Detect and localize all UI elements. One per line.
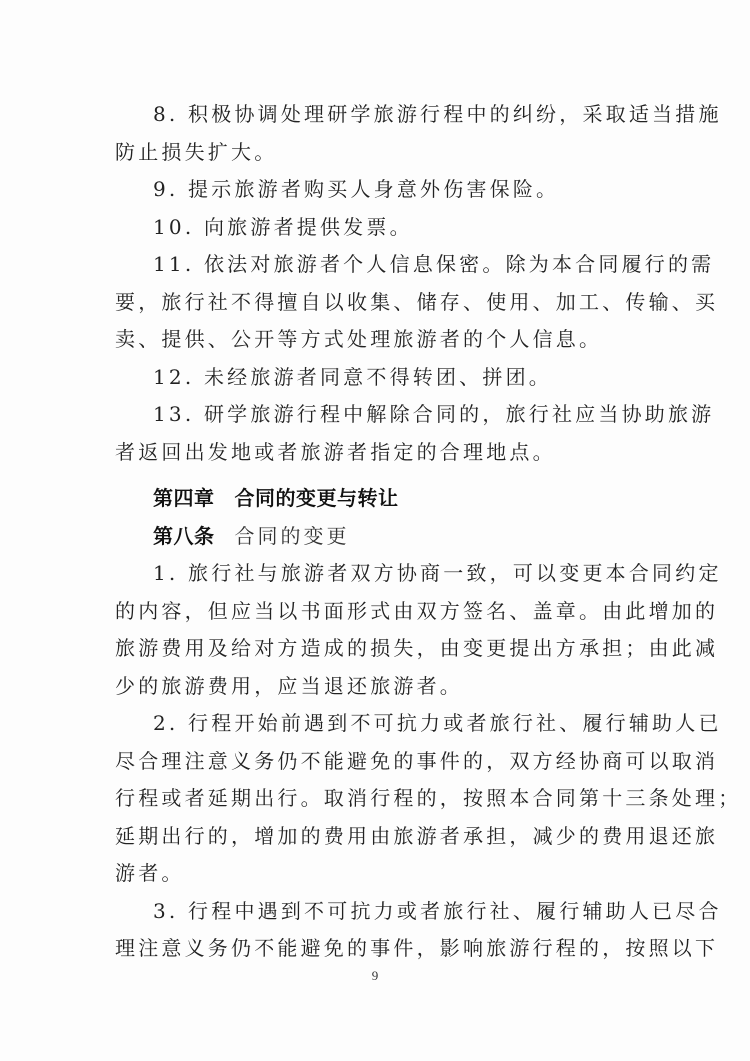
page-body: 8. 积极协调处理研学旅游行程中的纠纷，采取适当措施 防止损失扩大。 9. 提示… [115, 96, 633, 968]
paragraph-line: 行程或者延期出行。取消行程的，按照本合同第十三条处理； [115, 780, 633, 818]
paragraph-line: 少的旅游费用，应当退还旅游者。 [115, 668, 633, 706]
paragraph-line: 13. 研学旅游行程中解除合同的，旅行社应当协助旅游 [115, 396, 633, 434]
paragraph-line: 理注意义务仍不能避免的事件，影响旅游行程的，按照以下 [115, 930, 633, 968]
section-gap [115, 471, 633, 480]
paragraph-line: 10. 向旅游者提供发票。 [115, 209, 633, 247]
document-page: 8. 积极协调处理研学旅游行程中的纠纷，采取适当措施 防止损失扩大。 9. 提示… [0, 0, 750, 1061]
chapter-heading: 第四章合同的变更与转让 [115, 480, 633, 518]
paragraph-line: 旅游费用及给对方造成的损失，由变更提出方承担；由此减 [115, 630, 633, 668]
paragraph-line: 尽合理注意义务仍不能避免的事件的，双方经协商可以取消 [115, 743, 633, 781]
paragraph-line: 的内容，但应当以书面形式由双方签名、盖章。由此增加的 [115, 593, 633, 631]
page-number: 9 [0, 968, 750, 984]
paragraph-line: 卖、提供、公开等方式处理旅游者的个人信息。 [115, 321, 633, 359]
article-heading: 第八条合同的变更 [115, 518, 633, 556]
paragraph-line: 要，旅行社不得擅自以收集、储存、使用、加工、传输、买 [115, 284, 633, 322]
paragraph-line: 2. 行程开始前遇到不可抗力或者旅行社、履行辅助人已 [115, 705, 633, 743]
paragraph-line: 11. 依法对旅游者个人信息保密。除为本合同履行的需 [115, 246, 633, 284]
chapter-label: 第四章 [153, 486, 215, 510]
paragraph-line: 8. 积极协调处理研学旅游行程中的纠纷，采取适当措施 [115, 96, 633, 134]
paragraph-line: 3. 行程中遇到不可抗力或者旅行社、履行辅助人已尽合 [115, 893, 633, 931]
article-title: 合同的变更 [235, 524, 350, 548]
article-label: 第八条 [153, 524, 215, 548]
paragraph-line: 延期出行的，增加的费用由旅游者承担，减少的费用退还旅 [115, 818, 633, 856]
paragraph-line: 1. 旅行社与旅游者双方协商一致，可以变更本合同约定 [115, 555, 633, 593]
chapter-title: 合同的变更与转让 [235, 486, 399, 510]
paragraph-line: 防止损失扩大。 [115, 134, 633, 172]
paragraph-line: 9. 提示旅游者购买人身意外伤害保险。 [115, 171, 633, 209]
paragraph-line: 游者。 [115, 855, 633, 893]
paragraph-line: 12. 未经旅游者同意不得转团、拼团。 [115, 359, 633, 397]
paragraph-line: 者返回出发地或者旅游者指定的合理地点。 [115, 434, 633, 472]
